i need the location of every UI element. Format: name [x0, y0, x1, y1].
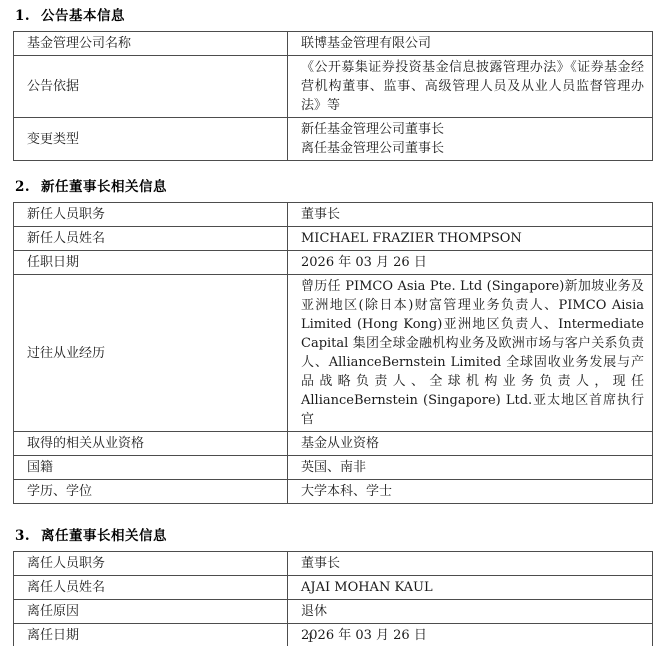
table-row: 国籍 英国、南非 — [14, 456, 653, 480]
table-row: 任职日期 2026 年 03 月 26 日 — [14, 251, 653, 275]
row-value: 董事长 — [288, 203, 653, 227]
row-label: 新任人员职务 — [14, 203, 288, 227]
section-heading-new-chairman: 2.新任董事长相关信息 — [15, 179, 608, 196]
row-value: 董事长 — [288, 552, 653, 576]
section-number: 2. — [15, 179, 41, 196]
table-row: 离任人员职务 董事长 — [14, 552, 653, 576]
row-value: 2026 年 03 月 26 日 — [288, 251, 653, 275]
section-number: 3. — [15, 528, 41, 545]
row-value: 《公开募集证券投资基金信息披露管理办法》《证券基金经营机构董事、监事、高级管理人… — [288, 56, 653, 118]
row-label: 任职日期 — [14, 251, 288, 275]
row-value: 英国、南非 — [288, 456, 653, 480]
row-label: 变更类型 — [14, 118, 288, 161]
row-label: 过往从业经历 — [14, 275, 288, 432]
section-heading-basic-info: 1.公告基本信息 — [15, 8, 608, 25]
row-label: 公告依据 — [14, 56, 288, 118]
row-label: 基金管理公司名称 — [14, 32, 288, 56]
section-title: 离任董事长相关信息 — [41, 528, 167, 544]
row-label: 取得的相关从业资格 — [14, 432, 288, 456]
row-value: 联博基金管理有限公司 — [288, 32, 653, 56]
row-label: 离任人员姓名 — [14, 576, 288, 600]
table-row: 离任人员姓名 AJAI MOHAN KAUL — [14, 576, 653, 600]
row-value: 大学本科、学士 — [288, 480, 653, 504]
table-row: 过往从业经历 曾历任 PIMCO Asia Pte. Ltd (Singapor… — [14, 275, 653, 432]
section-title: 公告基本信息 — [41, 8, 125, 24]
row-value: 基金从业资格 — [288, 432, 653, 456]
table-row: 学历、学位 大学本科、学士 — [14, 480, 653, 504]
row-label: 学历、学位 — [14, 480, 288, 504]
row-label: 国籍 — [14, 456, 288, 480]
table-row: 取得的相关从业资格 基金从业资格 — [14, 432, 653, 456]
basic-info-table: 基金管理公司名称 联博基金管理有限公司 公告依据 《公开募集证券投资基金信息披露… — [13, 31, 653, 161]
section-heading-departing-chairman: 3.离任董事长相关信息 — [15, 528, 608, 545]
row-value: AJAI MOHAN KAUL — [288, 576, 653, 600]
row-value: MICHAEL FRAZIER THOMPSON — [288, 227, 653, 251]
table-row: 新任人员职务 董事长 — [14, 203, 653, 227]
table-row: 新任人员姓名 MICHAEL FRAZIER THOMPSON — [14, 227, 653, 251]
table-row: 公告依据 《公开募集证券投资基金信息披露管理办法》《证券基金经营机构董事、监事、… — [14, 56, 653, 118]
row-label: 离任原因 — [14, 600, 288, 624]
announcement-page: 1.公告基本信息 基金管理公司名称 联博基金管理有限公司 公告依据 《公开募集证… — [0, 0, 667, 646]
page-number: 1 — [13, 631, 608, 645]
new-chairman-table: 新任人员职务 董事长 新任人员姓名 MICHAEL FRAZIER THOMPS… — [13, 202, 653, 504]
section-title: 新任董事长相关信息 — [41, 179, 167, 195]
row-value: 曾历任 PIMCO Asia Pte. Ltd (Singapore)新加坡业务… — [288, 275, 653, 432]
row-value: 新任基金管理公司董事长 离任基金管理公司董事长 — [288, 118, 653, 161]
table-row: 变更类型 新任基金管理公司董事长 离任基金管理公司董事长 — [14, 118, 653, 161]
row-label: 新任人员姓名 — [14, 227, 288, 251]
section-number: 1. — [15, 8, 41, 25]
table-row: 离任原因 退休 — [14, 600, 653, 624]
row-value: 退休 — [288, 600, 653, 624]
row-label: 离任人员职务 — [14, 552, 288, 576]
table-row: 基金管理公司名称 联博基金管理有限公司 — [14, 32, 653, 56]
